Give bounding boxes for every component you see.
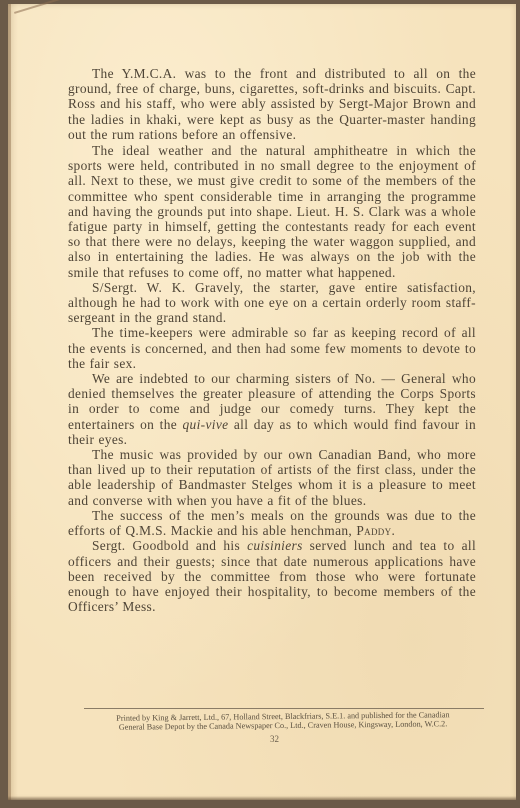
italic-term: qui-vive [182,417,228,432]
paragraph-goodbold: Sergt. Goodbold and his cuisiniers serve… [68,538,476,614]
article-body: The Y.M.C.A. was to the front and distri… [68,66,476,614]
page-number: 32 [270,734,279,744]
page-spine-edge [8,4,11,800]
paragraph-meals: The success of the men’s meals on the gr… [68,508,476,538]
page-corner-crease [14,0,120,14]
document-page: The Y.M.C.A. was to the front and distri… [8,4,516,800]
text-run: Sergt. Goodbold and his [92,538,247,553]
paragraph-weather: The ideal weather and the natural amphit… [68,143,476,280]
smallcaps-name: Paddy [356,523,391,538]
italic-term: cuisiniers [247,538,303,553]
paragraph-starter: S/Sergt. W. K. Gravely, the starter, gav… [68,280,476,326]
paragraph-sisters: We are indebted to our charming sisters … [68,371,476,447]
paragraph-timekeepers: The time-keepers were admirable so far a… [68,325,476,371]
paragraph-music: The music was provided by our own Canadi… [68,447,476,508]
paragraph-ymca: The Y.M.C.A. was to the front and distri… [68,66,476,142]
printer-imprint: Printed by King & Jarrett, Ltd., 67, Hol… [78,710,488,733]
text-run: The success of the men’s meals on the gr… [68,508,476,538]
text-run: . [392,523,396,538]
page-bottom-edge [8,796,516,800]
footer-divider [84,708,484,709]
